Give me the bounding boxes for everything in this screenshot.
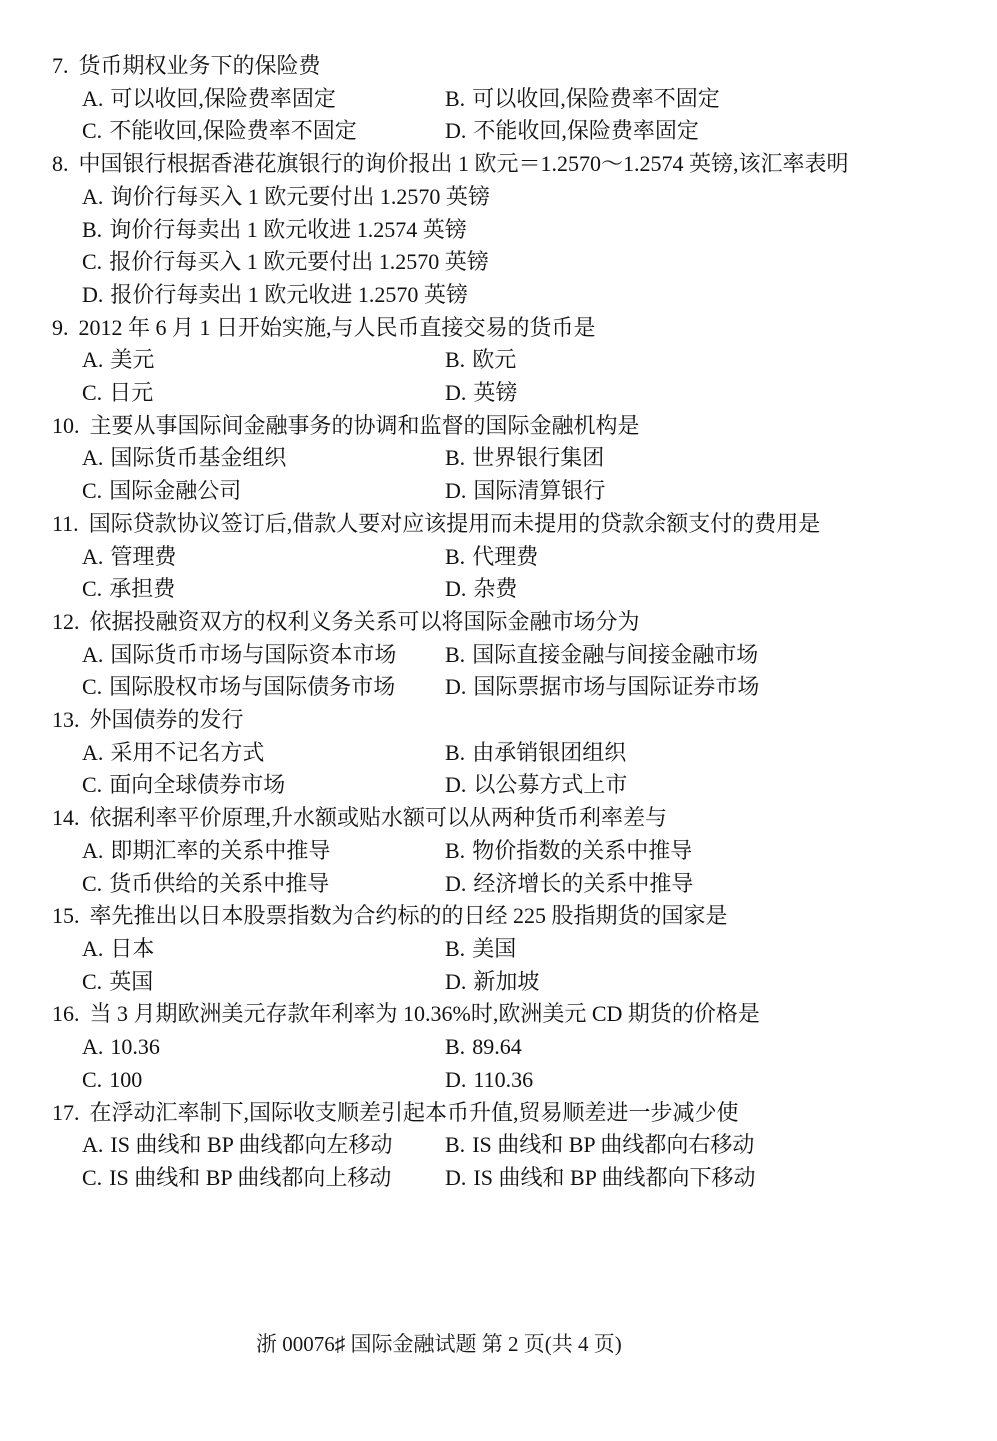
- question-number: 15.: [52, 900, 80, 933]
- option-label: A.: [82, 838, 103, 863]
- answer-option: C.报价行每买入 1 欧元要付出 1.2570 英镑: [82, 246, 938, 279]
- option-label: D.: [445, 478, 466, 503]
- option-label: C.: [82, 249, 102, 274]
- question: 13.外国债券的发行A.采用不记名方式B.由承销银团组织C.面向全球债券市场D.…: [52, 704, 938, 802]
- question-number: 9.: [52, 312, 69, 345]
- answer-option: C.国际金融公司: [82, 475, 445, 508]
- question-number: 13.: [52, 704, 80, 737]
- answer-option: B.询价行每卖出 1 欧元收进 1.2574 英镑: [82, 214, 938, 247]
- option-label: D.: [82, 282, 103, 307]
- question: 10.主要从事国际间金融事务的协调和监督的国际金融机构是A.国际货币基金组织B.…: [52, 410, 938, 508]
- option-label: C.: [82, 1165, 102, 1190]
- question-text: 货币期权业务下的保险费: [79, 50, 321, 83]
- option-text: 不能收回,保险费率固定: [473, 118, 699, 143]
- question-number: 12.: [52, 606, 80, 639]
- option-text: 10.36: [110, 1034, 160, 1059]
- exam-paper-page: 7.货币期权业务下的保险费A.可以收回,保险费率固定B.可以收回,保险费率不固定…: [0, 0, 997, 1441]
- question: 8.中国银行根据香港花旗银行的询价报出 1 欧元＝1.2570～1.2574 英…: [52, 148, 938, 312]
- answer-option: B.IS 曲线和 BP 曲线都向右移动: [445, 1129, 938, 1162]
- answer-option: B.美国: [445, 933, 938, 966]
- option-label: A.: [82, 184, 103, 209]
- question-stem: 11.国际贷款协议签订后,借款人要对应该提用而未提用的贷款余额支付的费用是: [52, 508, 938, 541]
- option-text: IS 曲线和 BP 曲线都向上移动: [109, 1165, 391, 1190]
- option-text: 新加坡: [473, 969, 539, 994]
- answer-option: A.美元: [82, 344, 445, 377]
- answer-option: A.10.36: [82, 1031, 445, 1064]
- answer-option: A.询价行每买入 1 欧元要付出 1.2570 英镑: [82, 181, 938, 214]
- option-group: A.管理费B.代理费C.承担费D.杂费: [82, 541, 938, 606]
- option-group: A.询价行每买入 1 欧元要付出 1.2570 英镑B.询价行每卖出 1 欧元收…: [82, 181, 938, 312]
- option-label: A.: [82, 86, 103, 111]
- option-text: 国际金融公司: [109, 478, 241, 503]
- option-text: 询价行每买入 1 欧元要付出 1.2570 英镑: [110, 184, 490, 209]
- option-label: B.: [445, 86, 465, 111]
- option-label: B.: [445, 544, 465, 569]
- option-text: 可以收回,保险费率固定: [110, 86, 336, 111]
- option-text: 不能收回,保险费率不固定: [109, 118, 357, 143]
- option-label: A.: [82, 347, 103, 372]
- answer-option: D.国际清算银行: [445, 475, 938, 508]
- option-label: C.: [82, 380, 102, 405]
- answer-option: B.世界银行集团: [445, 442, 938, 475]
- question-text: 主要从事国际间金融事务的协调和监督的国际金融机构是: [90, 410, 640, 443]
- option-text: 询价行每卖出 1 欧元收进 1.2574 英镑: [109, 217, 467, 242]
- answer-option: C.100: [82, 1064, 445, 1097]
- option-label: D.: [445, 674, 466, 699]
- answer-option: A.采用不记名方式: [82, 737, 445, 770]
- question-text: 率先推出以日本股票指数为合约标的的日经 225 股指期货的国家是: [90, 900, 728, 933]
- option-group: A.美元B.欧元C.日元D.英镑: [82, 344, 938, 409]
- question-stem: 8.中国银行根据香港花旗银行的询价报出 1 欧元＝1.2570～1.2574 英…: [52, 148, 938, 181]
- question-text: 依据投融资双方的权利义务关系可以将国际金融市场分为: [90, 606, 640, 639]
- option-text: 国际货币市场与国际资本市场: [110, 642, 396, 667]
- question-number: 17.: [52, 1097, 80, 1130]
- option-text: 国际直接金融与间接金融市场: [472, 642, 758, 667]
- answer-option: C.不能收回,保险费率不固定: [82, 115, 445, 148]
- answer-option: C.承担费: [82, 573, 445, 606]
- option-label: D.: [445, 118, 466, 143]
- option-label: D.: [445, 871, 466, 896]
- question: 7.货币期权业务下的保险费A.可以收回,保险费率固定B.可以收回,保险费率不固定…: [52, 50, 938, 148]
- answer-option: A.可以收回,保险费率固定: [82, 83, 445, 116]
- option-label: C.: [82, 576, 102, 601]
- option-label: A.: [82, 1034, 103, 1059]
- question-stem: 16.当 3 月期欧洲美元存款年利率为 10.36%时,欧洲美元 CD 期货的价…: [52, 998, 938, 1031]
- option-label: D.: [445, 380, 466, 405]
- option-text: 欧元: [472, 347, 516, 372]
- question: 12.依据投融资双方的权利义务关系可以将国际金融市场分为A.国际货币市场与国际资…: [52, 606, 938, 704]
- answer-option: D.以公募方式上市: [445, 769, 938, 802]
- question-number: 11.: [52, 508, 79, 541]
- option-text: 100: [109, 1067, 142, 1092]
- option-text: 110.36: [473, 1067, 533, 1092]
- answer-option: D.不能收回,保险费率固定: [445, 115, 938, 148]
- option-text: 日本: [110, 936, 154, 961]
- answer-option: B.89.64: [445, 1031, 938, 1064]
- answer-option: A.管理费: [82, 541, 445, 574]
- answer-option: B.可以收回,保险费率不固定: [445, 83, 938, 116]
- question-text: 在浮动汇率制下,国际收支顺差引起本币升值,贸易顺差进一步减少使: [90, 1097, 739, 1130]
- option-label: A.: [82, 544, 103, 569]
- answer-option: B.国际直接金融与间接金融市场: [445, 639, 938, 672]
- answer-option: B.欧元: [445, 344, 938, 377]
- option-group: A.10.36B.89.64C.100D.110.36: [82, 1031, 938, 1096]
- option-label: A.: [82, 642, 103, 667]
- option-label: D.: [445, 772, 466, 797]
- answer-option: D.国际票据市场与国际证券市场: [445, 671, 938, 704]
- option-label: A.: [82, 445, 103, 470]
- question-text: 国际贷款协议签订后,借款人要对应该提用而未提用的贷款余额支付的费用是: [89, 508, 821, 541]
- answer-option: B.物价指数的关系中推导: [445, 835, 938, 868]
- answer-option: C.国际股权市场与国际债务市场: [82, 671, 445, 704]
- answer-option: D.英镑: [445, 377, 938, 410]
- question-stem: 10.主要从事国际间金融事务的协调和监督的国际金融机构是: [52, 410, 938, 443]
- option-text: 国际股权市场与国际债务市场: [109, 674, 395, 699]
- option-text: 即期汇率的关系中推导: [110, 838, 330, 863]
- option-text: 日元: [109, 380, 153, 405]
- question: 17.在浮动汇率制下,国际收支顺差引起本币升值,贸易顺差进一步减少使A.IS 曲…: [52, 1097, 938, 1195]
- option-group: A.即期汇率的关系中推导B.物价指数的关系中推导C.货币供给的关系中推导D.经济…: [82, 835, 938, 900]
- answer-option: A.国际货币基金组织: [82, 442, 445, 475]
- option-label: D.: [445, 1067, 466, 1092]
- option-label: B.: [445, 740, 465, 765]
- option-text: 代理费: [472, 544, 538, 569]
- answer-option: D.经济增长的关系中推导: [445, 868, 938, 901]
- option-label: C.: [82, 478, 102, 503]
- option-label: C.: [82, 118, 102, 143]
- answer-option: D.110.36: [445, 1064, 938, 1097]
- question-stem: 12.依据投融资双方的权利义务关系可以将国际金融市场分为: [52, 606, 938, 639]
- page-footer: 浙 00076♯ 国际金融试题 第 2 页(共 4 页): [256, 1329, 622, 1359]
- question-text: 当 3 月期欧洲美元存款年利率为 10.36%时,欧洲美元 CD 期货的价格是: [90, 998, 760, 1031]
- option-text: 经济增长的关系中推导: [473, 871, 693, 896]
- question-stem: 17.在浮动汇率制下,国际收支顺差引起本币升值,贸易顺差进一步减少使: [52, 1097, 938, 1130]
- question-text: 2012 年 6 月 1 日开始实施,与人民币直接交易的货币是: [79, 312, 596, 345]
- option-text: 物价指数的关系中推导: [472, 838, 692, 863]
- question-stem: 15.率先推出以日本股票指数为合约标的的日经 225 股指期货的国家是: [52, 900, 938, 933]
- option-group: A.可以收回,保险费率固定B.可以收回,保险费率不固定C.不能收回,保险费率不固…: [82, 83, 938, 148]
- option-text: 管理费: [110, 544, 176, 569]
- question-number: 10.: [52, 410, 80, 443]
- option-text: 由承销银团组织: [472, 740, 626, 765]
- option-group: A.日本B.美国C.英国D.新加坡: [82, 933, 938, 998]
- question-text: 依据利率平价原理,升水额或贴水额可以从两种货币利率差与: [90, 802, 668, 835]
- question-number: 7.: [52, 50, 69, 83]
- option-text: 国际清算银行: [473, 478, 605, 503]
- answer-option: D.杂费: [445, 573, 938, 606]
- option-group: A.IS 曲线和 BP 曲线都向左移动B.IS 曲线和 BP 曲线都向右移动C.…: [82, 1129, 938, 1194]
- question-number: 8.: [52, 148, 69, 181]
- answer-option: C.英国: [82, 966, 445, 999]
- answer-option: C.面向全球债券市场: [82, 769, 445, 802]
- option-text: 国际票据市场与国际证券市场: [473, 674, 759, 699]
- option-label: C.: [82, 674, 102, 699]
- option-label: A.: [82, 740, 103, 765]
- answer-option: C.IS 曲线和 BP 曲线都向上移动: [82, 1162, 445, 1195]
- answer-option: A.日本: [82, 933, 445, 966]
- answer-option: D.IS 曲线和 BP 曲线都向下移动: [445, 1162, 938, 1195]
- option-label: B.: [445, 347, 465, 372]
- question-list: 7.货币期权业务下的保险费A.可以收回,保险费率固定B.可以收回,保险费率不固定…: [52, 50, 938, 1195]
- option-label: D.: [445, 576, 466, 601]
- option-label: C.: [82, 1067, 102, 1092]
- option-text: 采用不记名方式: [110, 740, 264, 765]
- question-text: 中国银行根据香港花旗银行的询价报出 1 欧元＝1.2570～1.2574 英镑,…: [79, 148, 849, 181]
- option-text: 世界银行集团: [472, 445, 604, 470]
- option-label: B.: [445, 936, 465, 961]
- answer-option: B.代理费: [445, 541, 938, 574]
- option-text: IS 曲线和 BP 曲线都向下移动: [473, 1165, 755, 1190]
- answer-option: B.由承销银团组织: [445, 737, 938, 770]
- option-label: B.: [445, 1132, 465, 1157]
- option-text: 面向全球债券市场: [109, 772, 285, 797]
- option-text: 89.64: [472, 1034, 522, 1059]
- option-text: 英国: [109, 969, 153, 994]
- question-stem: 9.2012 年 6 月 1 日开始实施,与人民币直接交易的货币是: [52, 312, 938, 345]
- question: 15.率先推出以日本股票指数为合约标的的日经 225 股指期货的国家是A.日本B…: [52, 900, 938, 998]
- option-text: 以公募方式上市: [473, 772, 627, 797]
- question: 16.当 3 月期欧洲美元存款年利率为 10.36%时,欧洲美元 CD 期货的价…: [52, 998, 938, 1096]
- option-group: A.国际货币基金组织B.世界银行集团C.国际金融公司D.国际清算银行: [82, 442, 938, 507]
- question: 14.依据利率平价原理,升水额或贴水额可以从两种货币利率差与A.即期汇率的关系中…: [52, 802, 938, 900]
- option-text: 报价行每卖出 1 欧元收进 1.2570 英镑: [110, 282, 468, 307]
- option-text: 货币供给的关系中推导: [109, 871, 329, 896]
- answer-option: A.国际货币市场与国际资本市场: [82, 639, 445, 672]
- option-text: IS 曲线和 BP 曲线都向左移动: [110, 1132, 392, 1157]
- option-group: A.国际货币市场与国际资本市场B.国际直接金融与间接金融市场C.国际股权市场与国…: [82, 639, 938, 704]
- option-label: C.: [82, 871, 102, 896]
- question-text: 外国债券的发行: [90, 704, 244, 737]
- option-group: A.采用不记名方式B.由承销银团组织C.面向全球债券市场D.以公募方式上市: [82, 737, 938, 802]
- question-number: 16.: [52, 998, 80, 1031]
- option-label: D.: [445, 969, 466, 994]
- option-text: 可以收回,保险费率不固定: [472, 86, 720, 111]
- answer-option: C.日元: [82, 377, 445, 410]
- option-text: IS 曲线和 BP 曲线都向右移动: [472, 1132, 754, 1157]
- option-label: D.: [445, 1165, 466, 1190]
- option-text: 英镑: [473, 380, 517, 405]
- option-label: C.: [82, 969, 102, 994]
- option-text: 杂费: [473, 576, 517, 601]
- question-stem: 7.货币期权业务下的保险费: [52, 50, 938, 83]
- option-label: B.: [445, 642, 465, 667]
- question: 9.2012 年 6 月 1 日开始实施,与人民币直接交易的货币是A.美元B.欧…: [52, 312, 938, 410]
- option-text: 国际货币基金组织: [110, 445, 286, 470]
- answer-option: A.IS 曲线和 BP 曲线都向左移动: [82, 1129, 445, 1162]
- option-label: A.: [82, 1132, 103, 1157]
- answer-option: D.报价行每卖出 1 欧元收进 1.2570 英镑: [82, 279, 938, 312]
- answer-option: C.货币供给的关系中推导: [82, 868, 445, 901]
- option-label: C.: [82, 772, 102, 797]
- option-text: 报价行每买入 1 欧元要付出 1.2570 英镑: [109, 249, 489, 274]
- option-label: A.: [82, 936, 103, 961]
- question-stem: 13.外国债券的发行: [52, 704, 938, 737]
- option-text: 美元: [110, 347, 154, 372]
- option-label: B.: [445, 1034, 465, 1059]
- option-text: 承担费: [109, 576, 175, 601]
- answer-option: D.新加坡: [445, 966, 938, 999]
- question-stem: 14.依据利率平价原理,升水额或贴水额可以从两种货币利率差与: [52, 802, 938, 835]
- option-label: B.: [445, 838, 465, 863]
- option-text: 美国: [472, 936, 516, 961]
- question: 11.国际贷款协议签订后,借款人要对应该提用而未提用的贷款余额支付的费用是A.管…: [52, 508, 938, 606]
- option-label: B.: [82, 217, 102, 242]
- answer-option: A.即期汇率的关系中推导: [82, 835, 445, 868]
- question-number: 14.: [52, 802, 80, 835]
- option-label: B.: [445, 445, 465, 470]
